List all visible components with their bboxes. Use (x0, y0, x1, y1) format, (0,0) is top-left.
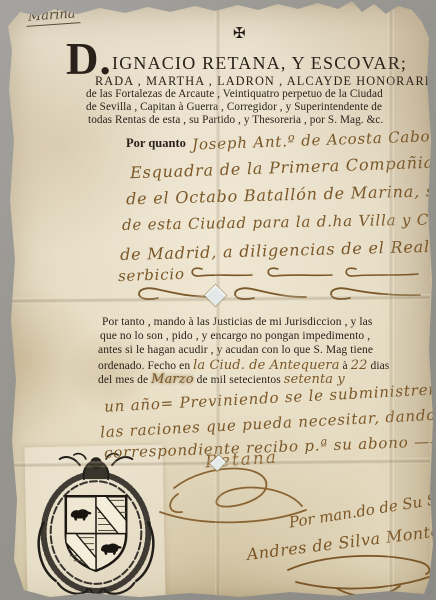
line-filler-flourish (186, 262, 422, 282)
header-line: de Sevilla , Capitan à Guerra , Corregid… (86, 101, 382, 113)
day-handwritten: 22 (351, 358, 368, 373)
document-title: IGNACIO RETANA, Y ESCOVAR; (112, 53, 407, 74)
mandate-line4-printed: à (343, 360, 348, 372)
mandate-line5-printed: de mil setecientos (197, 374, 281, 386)
coat-of-arms-stamp (34, 452, 158, 598)
margin-annotation: Marina (25, 6, 80, 27)
manuscript-line: de el Octabo Batallón de Marina, sale (126, 181, 436, 209)
mandate-line4-printed: dias (370, 360, 389, 372)
month-handwritten: Marzo (151, 372, 193, 387)
header-line: de las Fortalezas de Arcaute , Veintiqua… (86, 88, 383, 100)
header-line: todas Rentas de esta , su Partido , y Th… (88, 114, 383, 126)
mandate-line-month-year: del mes de Marzo de mil setecientos sete… (98, 372, 345, 387)
line-filler-flourish (124, 282, 424, 308)
paper-sheet: Marina ✠ D. IGNACIO RETANA, Y ESCOVAR; R… (0, 0, 436, 600)
mandate-line5-printed: del mes de (98, 374, 148, 386)
mandate-line: Por tanto , mando à las Justicias de mi … (102, 316, 372, 328)
manuscript-line: de Madrid, a diligencias de el Real (120, 237, 430, 264)
place-handwritten: la Ciud. de Antequera (193, 358, 339, 373)
mandate-line: que no lo son , pido , y encargo no pong… (100, 330, 370, 342)
scanned-document: Marina ✠ D. IGNACIO RETANA, Y ESCOVAR; R… (0, 0, 436, 600)
mandate-line-dateplace: ordenado. Fecho en la Ciud. de Antequera… (98, 358, 389, 373)
maltese-cross-icon: ✠ (233, 24, 246, 43)
por-quanto-label: Por quanto (126, 136, 186, 151)
header-line: RADA , MARTHA , LADRON , ALCAYDE HONORAR… (95, 74, 436, 89)
header-dropcap: D. (66, 42, 112, 76)
mandate-line4-printed: ordenado. Fecho en (98, 360, 190, 372)
manuscript-line: Esquadra de la Primera Compañia (130, 153, 435, 183)
quartered-shield (66, 496, 126, 571)
mandate-line: antes si le hagan acudir , y acudan con … (98, 344, 373, 356)
manuscript-line: de esta Ciudad para la d.ha Villa y Cort… (122, 210, 436, 234)
secretary-rubric-flourish (280, 548, 436, 598)
